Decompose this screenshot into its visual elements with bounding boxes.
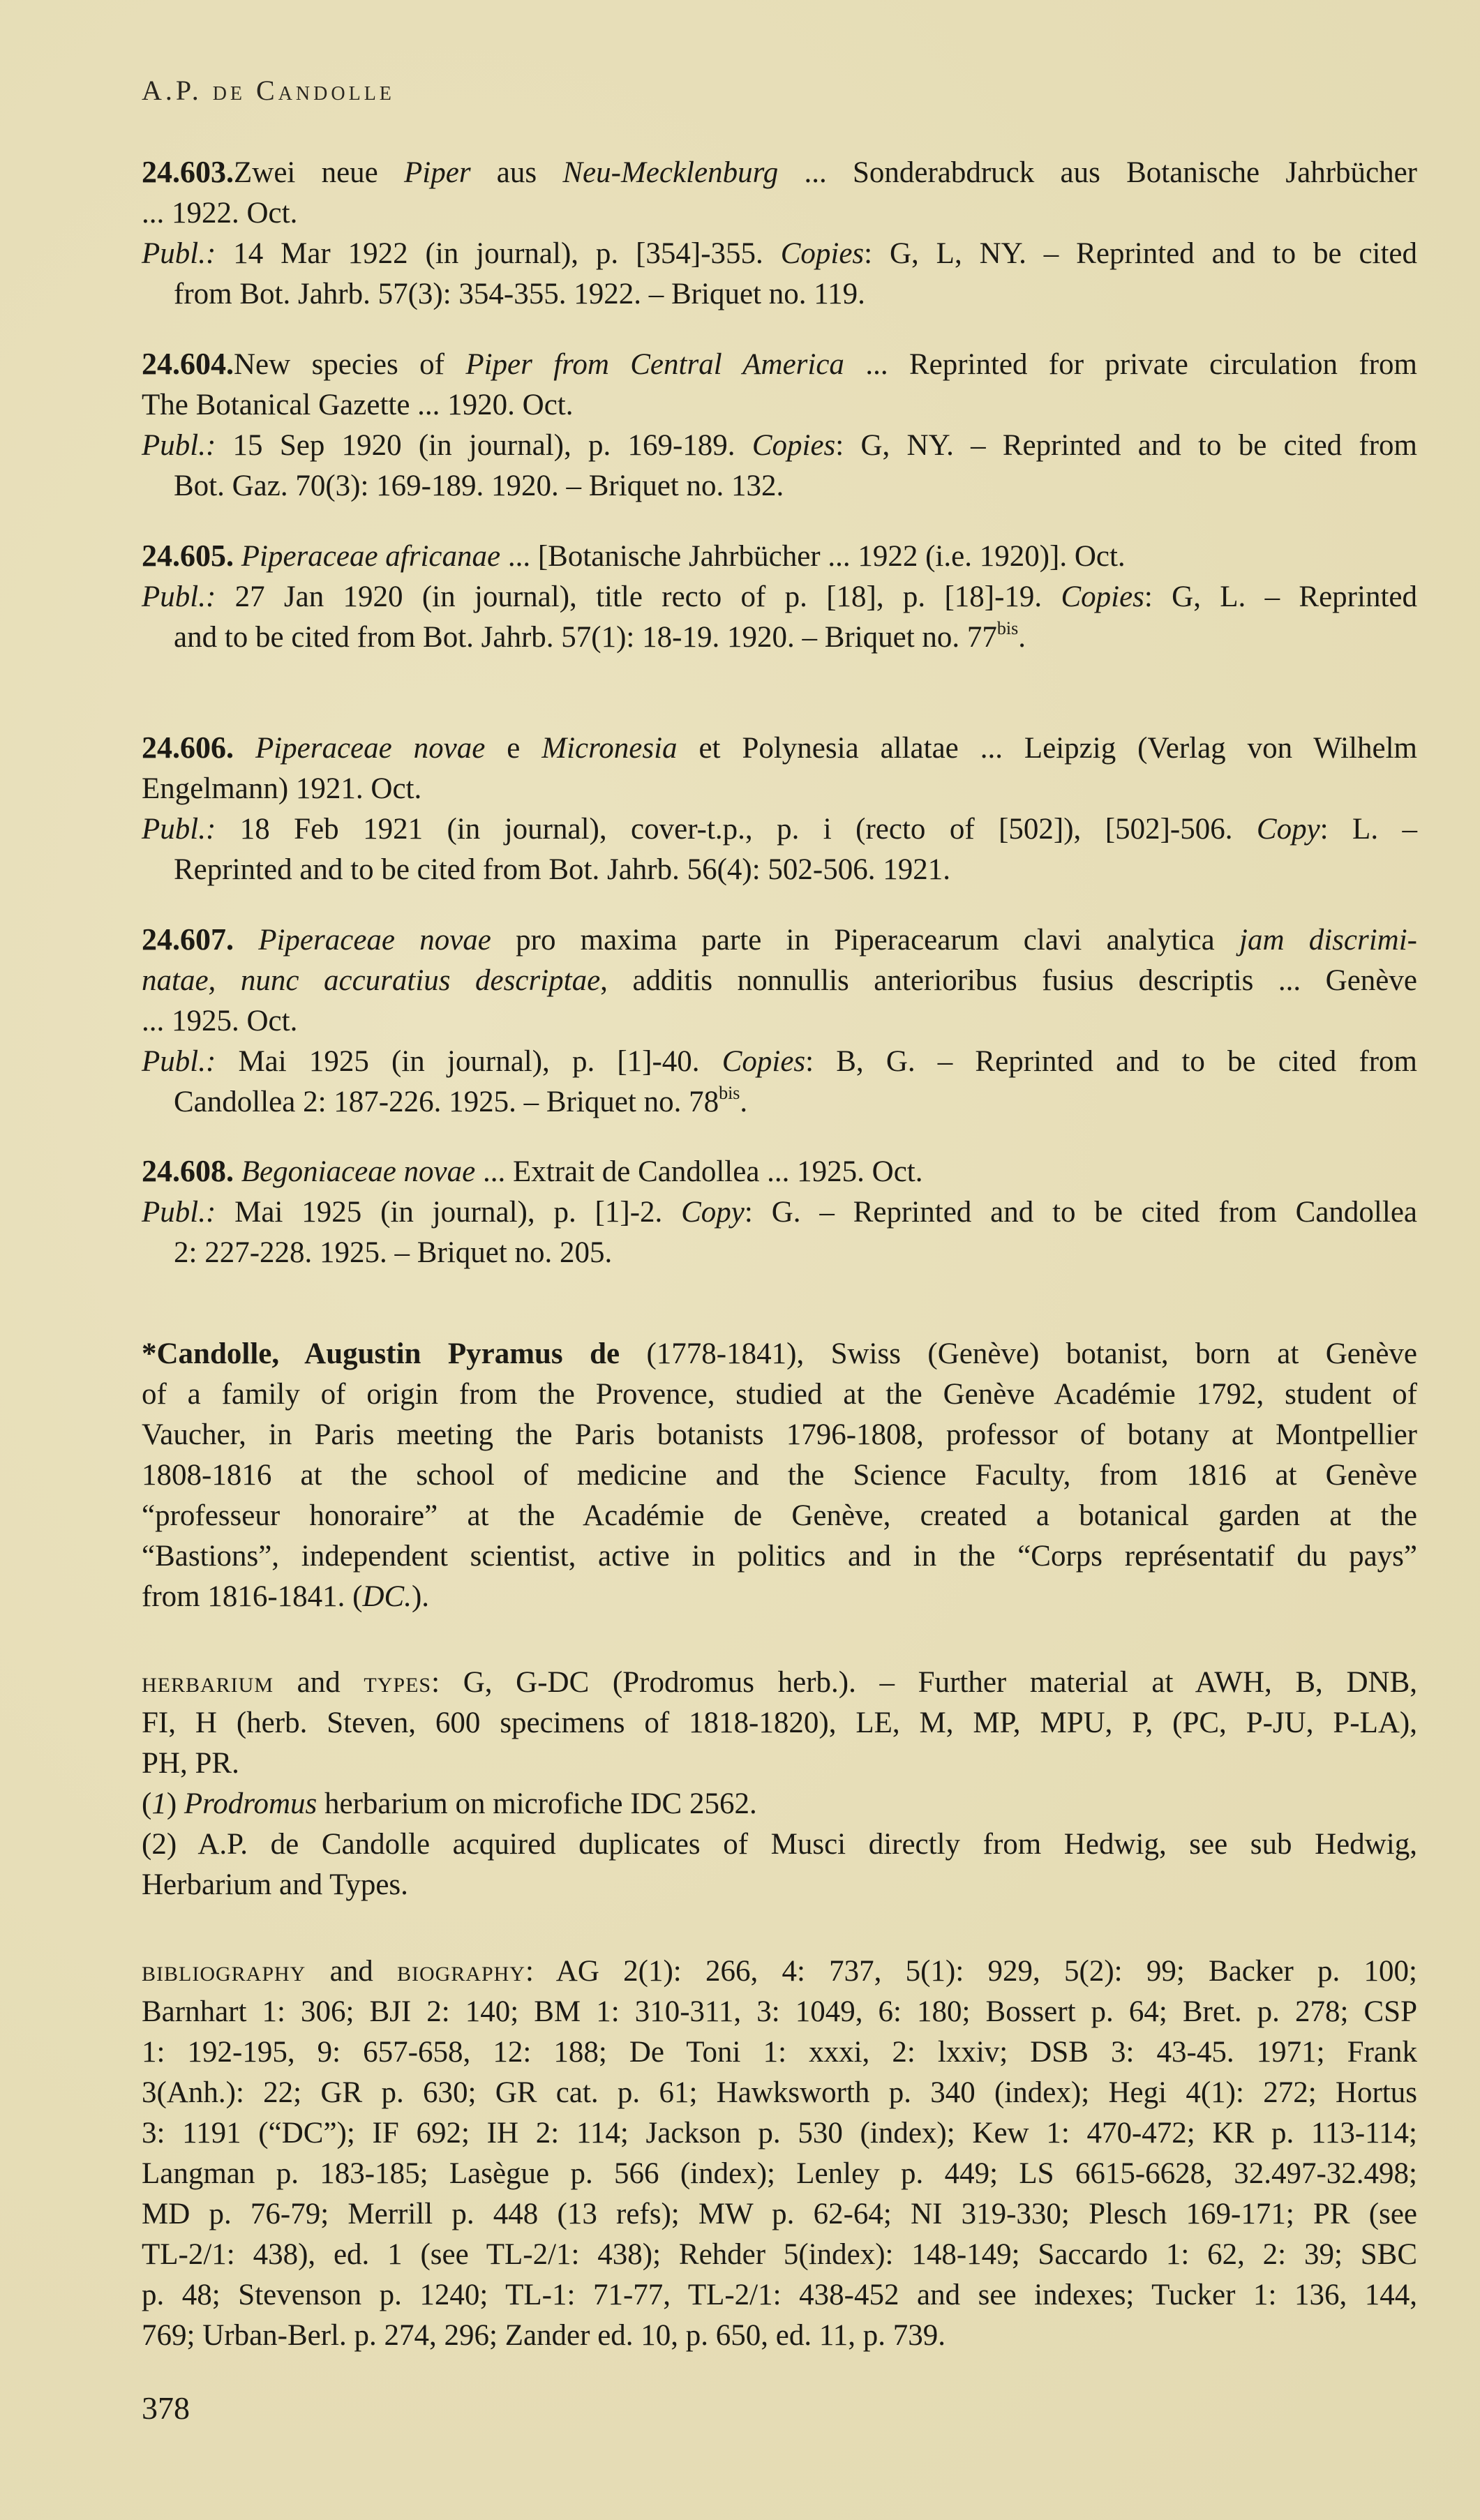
bibliography-line: Bibliography and Biography: AG 2(1): 266… (142, 1951, 1417, 1992)
biography-line: of a family of origin from the Provence,… (142, 1374, 1417, 1415)
section-label: Herbarium (142, 1666, 274, 1699)
bibliography-line: TL-2/1: 438), ed. 1 (see TL-2/1: 438); R… (142, 2235, 1417, 2275)
publ-label: Publ.: (142, 813, 216, 846)
bibliography-and-biography-section: Bibliography and Biography: AG 2(1): 266… (142, 1951, 1417, 2356)
running-header: A.P. de Candolle (142, 74, 395, 107)
biography-line: from 1816-1841. (DC.). (142, 1577, 1417, 1617)
biography-line: 1808-1816 at the school of medicine and … (142, 1455, 1417, 1496)
publication-line: Publ.: 27 Jan 1920 (in journal), title r… (142, 577, 1417, 617)
publication-line: Publ.: Mai 1925 (in journal), p. [1]-40.… (142, 1042, 1417, 1082)
biography-line: “Bastions”, independent scientist, activ… (142, 1536, 1417, 1577)
copies-label: Copies (781, 237, 864, 270)
biography-line: Vaucher, in Paris meeting the Paris bota… (142, 1415, 1417, 1455)
page-number: 378 (142, 2390, 190, 2427)
copies-label: Copies (722, 1045, 805, 1078)
entry-number: 24.603. (142, 155, 234, 189)
publication-line-continued: 2: 227-228. 1925. – Briquet no. 205. (142, 1233, 1417, 1273)
publication-line: Publ.: 18 Feb 1921 (in journal), cover-t… (142, 809, 1417, 850)
copies-label: Copy (1257, 813, 1320, 846)
entry-title-line: 24.606. Piperaceae novae e Micronesia et… (142, 728, 1417, 769)
publication-line-continued: and to be cited from Bot. Jahrb. 57(1): … (142, 617, 1417, 658)
bibliography-line: 3(Anh.): 22; GR p. 630; GR cat. p. 61; H… (142, 2073, 1417, 2113)
bibliography-line: Langman p. 183-185; Lasègue p. 566 (inde… (142, 2154, 1417, 2194)
bibliography-line: MD p. 76-79; Merrill p. 448 (13 refs); M… (142, 2194, 1417, 2235)
herbarium-line: PH, PR. (142, 1743, 1417, 1784)
entry-title-line: Engelmann) 1921. Oct. (142, 769, 1417, 809)
entry-title-line: ... 1922. Oct. (142, 193, 1417, 234)
biography-line: *Candolle, Augustin Pyramus de (1778-184… (142, 1334, 1417, 1374)
bibliography-entry-24-604: 24.604.New species of Piper from Central… (142, 344, 1417, 507)
bibliography-line: 769; Urban-Berl. p. 274, 296; Zander ed.… (142, 2316, 1417, 2356)
herbarium-note-1: (1) Prodromus herbarium on microfiche ID… (142, 1784, 1417, 1824)
herbarium-note-2: Herbarium and Types. (142, 1865, 1417, 1905)
copies-label: Copy (681, 1196, 745, 1229)
publ-label: Publ.: (142, 1045, 216, 1078)
bibliography-entry-24-606: 24.606. Piperaceae novae e Micronesia et… (142, 728, 1417, 890)
herbarium-line: Herbarium and Types: G, G-DC (Prodromus … (142, 1663, 1417, 1703)
entry-title-line: ... 1925. Oct. (142, 1001, 1417, 1042)
copies-label: Copies (1061, 580, 1144, 613)
biography-line: “professeur honoraire” at the Académie d… (142, 1496, 1417, 1536)
entry-number: 24.604. (142, 347, 234, 381)
publ-label: Publ.: (142, 237, 216, 270)
publication-line-continued: Reprinted and to be cited from Bot. Jahr… (142, 850, 1417, 890)
bibliography-entry-24-603: 24.603.Zwei neue Piper aus Neu-Mecklenbu… (142, 152, 1417, 315)
publ-label: Publ.: (142, 429, 216, 462)
entry-title-line: 24.605. Piperaceae africanae ... [Botani… (142, 536, 1417, 577)
publication-line: Publ.: 14 Mar 1922 (in journal), p. [354… (142, 234, 1417, 274)
entry-title-line: 24.608. Begoniaceae novae ... Extrait de… (142, 1151, 1417, 1192)
copies-label: Copies (752, 429, 835, 462)
entry-number: 24.606. (142, 730, 234, 765)
section-label: Bibliography (142, 1955, 306, 1988)
publication-line: Publ.: 15 Sep 1920 (in journal), p. 169-… (142, 426, 1417, 466)
entry-title-line: natae, nunc accuratius descriptae, addit… (142, 961, 1417, 1001)
publication-line-continued: from Bot. Jahrb. 57(3): 354-355. 1922. –… (142, 274, 1417, 315)
entry-number: 24.607. (142, 922, 234, 957)
entry-title-line: 24.604.New species of Piper from Central… (142, 344, 1417, 385)
publ-label: Publ.: (142, 1196, 216, 1229)
section-label: Types (364, 1666, 431, 1699)
herbarium-note-2: (2) A.P. de Candolle acquired duplicates… (142, 1824, 1417, 1865)
entry-number: 24.608. (142, 1154, 234, 1188)
bibliography-line: p. 48; Stevenson p. 1240; TL-1: 71-77, T… (142, 2275, 1417, 2316)
publ-label: Publ.: (142, 580, 216, 613)
bibliography-line: 1: 192-195, 9: 657-658, 12: 188; De Toni… (142, 2032, 1417, 2073)
publication-line-continued: Bot. Gaz. 70(3): 169-189. 1920. – Brique… (142, 466, 1417, 507)
herbarium-line: FI, H (herb. Steven, 600 specimens of 18… (142, 1703, 1417, 1743)
bibliography-line: 3: 1191 (“DC”); IF 692; IH 2: 114; Jacks… (142, 2113, 1417, 2154)
publication-line-continued: Candollea 2: 187-226. 1925. – Briquet no… (142, 1082, 1417, 1123)
author-biography: *Candolle, Augustin Pyramus de (1778-184… (142, 1334, 1417, 1617)
section-label: Biography (397, 1955, 525, 1988)
bibliography-entry-24-608: 24.608. Begoniaceae novae ... Extrait de… (142, 1151, 1417, 1273)
entry-title-line: 24.603.Zwei neue Piper aus Neu-Mecklenbu… (142, 152, 1417, 193)
publication-line: Publ.: Mai 1925 (in journal), p. [1]-2. … (142, 1192, 1417, 1233)
entry-title-line: 24.607. Piperaceae novae pro maxima part… (142, 920, 1417, 961)
herbarium-and-types-section: Herbarium and Types: G, G-DC (Prodromus … (142, 1663, 1417, 1905)
bibliography-entry-24-607: 24.607. Piperaceae novae pro maxima part… (142, 920, 1417, 1123)
superscript-bis: bis (719, 1083, 740, 1103)
bibliography-entry-24-605: 24.605. Piperaceae africanae ... [Botani… (142, 536, 1417, 658)
entry-number: 24.605. (142, 539, 234, 573)
entry-title-line: The Botanical Gazette ... 1920. Oct. (142, 385, 1417, 426)
author-name: *Candolle, Augustin Pyramus de (142, 1337, 620, 1370)
superscript-bis: bis (997, 618, 1018, 638)
bibliography-line: Barnhart 1: 306; BJI 2: 140; BM 1: 310-3… (142, 1992, 1417, 2032)
